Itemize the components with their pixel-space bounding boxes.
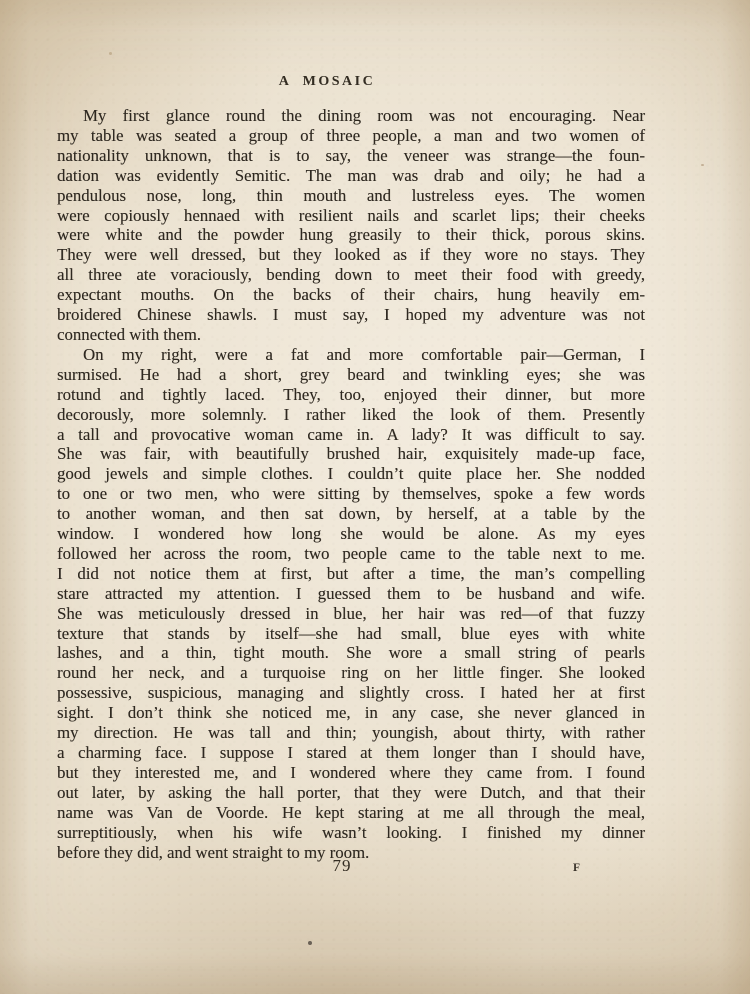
text-line: good jewels and simple clothes. I couldn… — [57, 464, 645, 484]
text-line: I did not notice them at first, but afte… — [57, 564, 645, 584]
text-line: She was fair, with beautifully brushed h… — [57, 444, 645, 464]
text-line: possessive, suspicious, managing and sli… — [57, 683, 645, 703]
text-line: out later, by asking the hall porter, th… — [57, 783, 645, 803]
text-line: broidered Chinese shawls. I must say, I … — [57, 305, 645, 325]
text-line: rotund and tightly laced. They, too, enj… — [57, 385, 645, 405]
text-line: name was Van de Voorde. He kept staring … — [57, 803, 645, 823]
text-line: They were well dressed, but they looked … — [57, 245, 645, 265]
text-line: expectant mouths. On the backs of their … — [57, 285, 645, 305]
paper-speck — [701, 164, 704, 166]
text-line: stare attracted my attention. I guessed … — [57, 584, 645, 604]
text-line: were white and the powder hung greasily … — [57, 225, 645, 245]
text-line: connected with them. — [57, 325, 645, 345]
text-line: On my right, were a fat and more comfort… — [57, 345, 645, 365]
text-line: my direction. He was tall and thin; youn… — [57, 723, 645, 743]
page-number: 79 — [57, 856, 627, 876]
text-line: lashes, and a thin, tight mouth. She wor… — [57, 643, 645, 663]
text-line: sight. I don’t think she noticed me, in … — [57, 703, 645, 723]
text-line: decorously, more solemnly. I rather like… — [57, 405, 645, 425]
text-line: window. I wondered how long she would be… — [57, 524, 645, 544]
text-line: all three ate voraciously, bending down … — [57, 265, 645, 285]
paper-speck — [308, 941, 312, 945]
text-line: surreptitiously, when his wife wasn’t lo… — [57, 823, 645, 843]
text-line: my table was seated a group of three peo… — [57, 126, 645, 146]
text-line: surmised. He had a short, grey beard and… — [57, 365, 645, 385]
text-line: She was meticulously dressed in blue, he… — [57, 604, 645, 624]
text-line: a charming face. I suppose I stared at t… — [57, 743, 645, 763]
text-line: nationality unknown, that is to say, the… — [57, 146, 645, 166]
text-line: followed her across the room, two people… — [57, 544, 645, 564]
text-line: dation was evidently Semitic. The man wa… — [57, 166, 645, 186]
text-line: to another woman, and then sat down, by … — [57, 504, 645, 524]
text-line: were copiously hennaed with resilient na… — [57, 206, 645, 226]
text-line: pendulous nose, long, thin mouth and lus… — [57, 186, 645, 206]
paper-speck — [109, 52, 112, 55]
text-line: round her neck, and a turquoise ring on … — [57, 663, 645, 683]
signature-mark: F — [573, 862, 580, 874]
book-page: A MOSAIC My first glance round the dinin… — [0, 0, 750, 994]
body-text: My first glance round the dining room wa… — [57, 106, 645, 862]
text-line: but they interested me, and I wondered w… — [57, 763, 645, 783]
text-line: to one or two men, who were sitting by t… — [57, 484, 645, 504]
text-line: a tall and provocative woman came in. A … — [57, 425, 645, 445]
text-line: My first glance round the dining room wa… — [57, 106, 645, 126]
text-line: texture that stands by itself—she had sm… — [57, 624, 645, 644]
running-head: A MOSAIC — [57, 74, 597, 90]
